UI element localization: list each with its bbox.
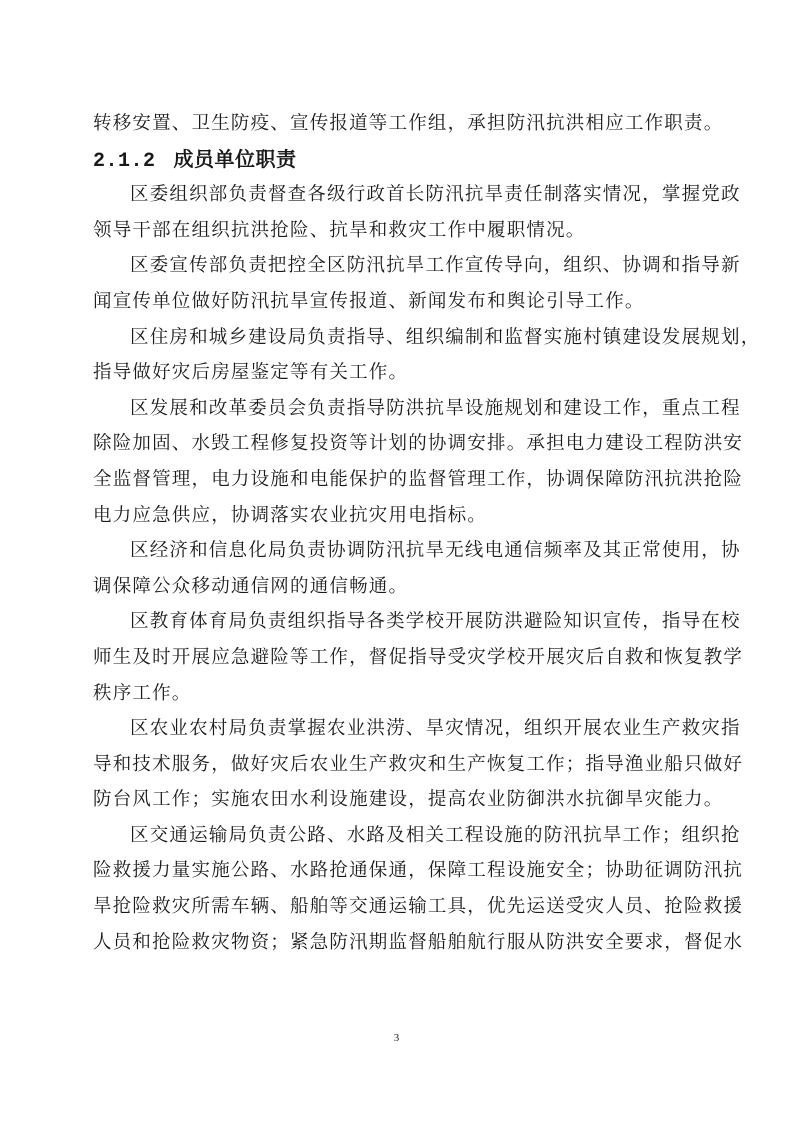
paragraph-line: 防台风工作；实施农田水利设施建设，提高农业防御洪水抗御旱灾能力。 [93,782,713,818]
paragraph-economy-it-bureau: 区经济和信息化局负责协调防汛抗旱无线电通信频率及其正常使用，协 调保障公众移动通… [93,533,713,604]
paragraph-line: 电力应急供应，协调落实农业抗灾用电指标。 [93,498,713,534]
paragraph-line: 调保障公众移动通信网的通信畅通。 [93,569,713,605]
paragraph-line: 区发展和改革委员会负责指导防洪抗旱设施规划和建设工作，重点工程 [93,391,713,427]
page-number: 3 [0,1032,793,1044]
paragraph-line: 除险加固、水毁工程修复投资等计划的协调安排。承担电力建设工程防洪安 [93,426,713,462]
paragraph-publicity-dept: 区委宣传部负责把控全区防汛抗旱工作宣传导向，组织、协调和指导新 闻宣传单位做好防… [93,248,713,319]
paragraph-line: 领导干部在组织抗洪抢险、抗旱和救灾工作中履职情况。 [93,213,713,249]
paragraph-transport-bureau: 区交通运输局负责公路、水路及相关工程设施的防汛抗旱工作；组织抢 险救援力量实施公… [93,818,713,960]
document-page: 转移安置、卫生防疫、宣传报道等工作组，承担防汛抗洪相应工作职责。 2.1.2成员… [93,106,713,960]
section-heading: 2.1.2成员单位职责 [93,142,713,178]
paragraph-line: 指导做好灾后房屋鉴定等有关工作。 [93,355,713,391]
paragraph-line: 旱抢险救灾所需车辆、船舶等交通运输工具，优先运送受灾人员、抢险救援 [93,889,713,925]
paragraph-organization-dept: 区委组织部负责督查各级行政首长防汛抗旱责任制落实情况，掌握党政 领导干部在组织抗… [93,177,713,248]
paragraph-line: 区交通运输局负责公路、水路及相关工程设施的防汛抗旱工作；组织抢 [93,818,713,854]
paragraph-line: 师生及时开展应急避险等工作，督促指导受灾学校开展灾后自救和恢复教学 [93,640,713,676]
paragraph-line: 区委组织部负责督查各级行政首长防汛抗旱责任制落实情况，掌握党政 [93,177,713,213]
paragraph-development-reform-commission: 区发展和改革委员会负责指导防洪抗旱设施规划和建设工作，重点工程 除险加固、水毁工… [93,391,713,533]
paragraph-line: 区委宣传部负责把控全区防汛抗旱工作宣传导向，组织、协调和指导新 [93,248,713,284]
continuation-line: 转移安置、卫生防疫、宣传报道等工作组，承担防汛抗洪相应工作职责。 [93,106,713,142]
paragraph-housing-bureau: 区住房和城乡建设局负责指导、组织编制和监督实施村镇建设发展规划， 指导做好灾后房… [93,320,713,391]
paragraph-line: 区教育体育局负责组织指导各类学校开展防洪避险知识宣传，指导在校 [93,604,713,640]
paragraph-education-sports-bureau: 区教育体育局负责组织指导各类学校开展防洪避险知识宣传，指导在校 师生及时开展应急… [93,604,713,711]
paragraph-line: 区住房和城乡建设局负责指导、组织编制和监督实施村镇建设发展规划， [93,320,713,356]
section-number: 2.1.2 [93,150,156,173]
paragraph-line: 全监督管理，电力设施和电能保护的监督管理工作，协调保障防汛抗洪抢险 [93,462,713,498]
paragraph-line: 险救援力量实施公路、水路抢通保通，保障工程设施安全；协助征调防汛抗 [93,853,713,889]
paragraph-line: 人员和抢险救灾物资；紧急防汛期监督船舶航行服从防洪安全要求，督促水 [93,925,713,961]
paragraph-line: 秩序工作。 [93,676,713,712]
paragraph-line: 区农业农村局负责掌握农业洪涝、旱灾情况，组织开展农业生产救灾指 [93,711,713,747]
paragraph-agriculture-bureau: 区农业农村局负责掌握农业洪涝、旱灾情况，组织开展农业生产救灾指 导和技术服务，做… [93,711,713,818]
paragraph-line: 闻宣传单位做好防汛抗旱宣传报道、新闻发布和舆论引导工作。 [93,284,713,320]
paragraph-line: 区经济和信息化局负责协调防汛抗旱无线电通信频率及其正常使用，协 [93,533,713,569]
paragraph-line: 导和技术服务，做好灾后农业生产救灾和生产恢复工作；指导渔业船只做好 [93,747,713,783]
section-title: 成员单位职责 [174,147,297,171]
